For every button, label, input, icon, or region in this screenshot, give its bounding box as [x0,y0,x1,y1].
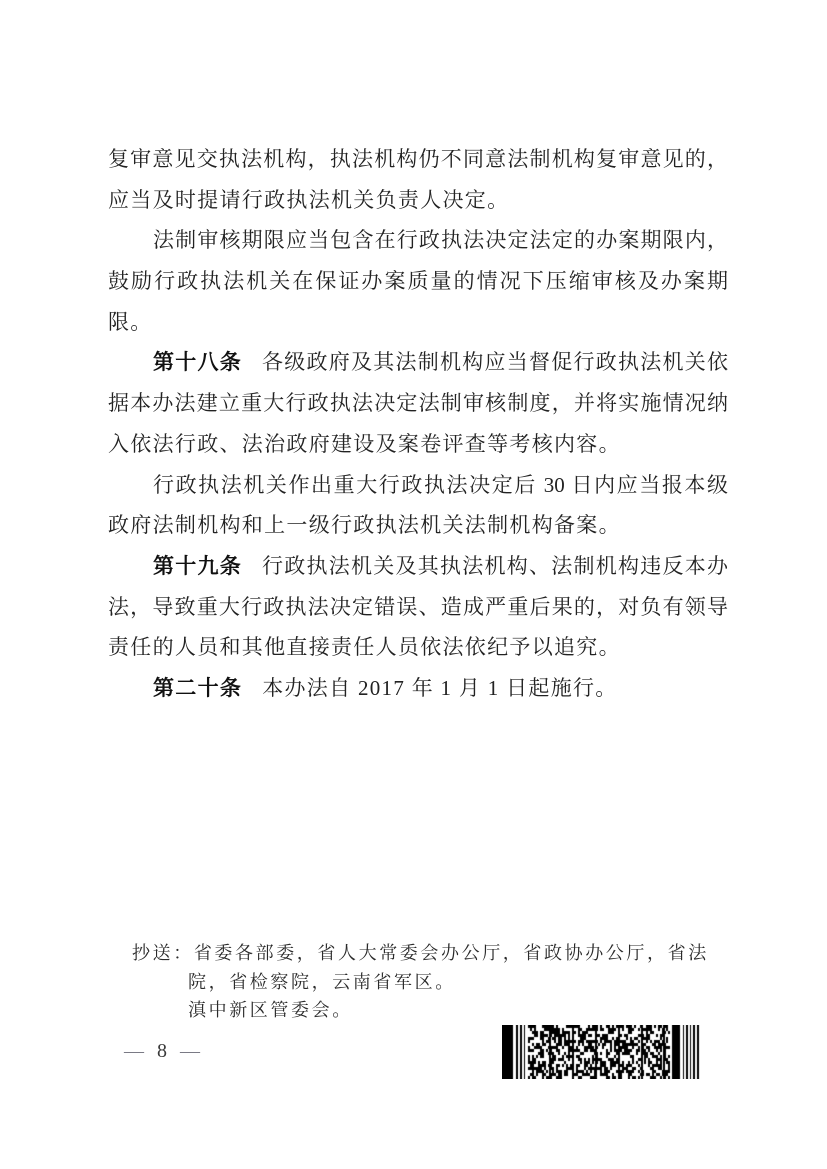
doc-line: 法，导致重大行政执法决定错误、造成严重后果的，对负有领导 [108,587,728,628]
doc-line: 限。 [108,302,728,343]
line-text: 鼓励行政执法机关在保证办案质量的情况下压缩审核及办案期 [108,269,728,293]
line-text: 行政执法机关作出重大行政执法决定后 30 日内应当报本级 [153,473,728,497]
line-text: 法，导致重大行政执法决定错误、造成严重后果的，对负有领导 [108,595,728,619]
page-number-dash: — [124,1040,144,1062]
line-text: 各级政府及其法制机构应当督促行政执法机关依 [262,350,728,374]
doc-line: 政府法制机构和上一级行政执法机关法制机构备案。 [108,505,728,546]
cc-text: 院，省检察院，云南省军区。 [188,972,456,992]
line-text: 行政执法机关及其执法机构、法制机构违反本办 [262,554,728,578]
cc-line: 滇中新区管委会。 [132,996,710,1025]
line-text: 据本办法建立重大行政执法决定法制审核制度，并将实施情况纳 [108,391,728,415]
cc-label: 抄送： [132,943,194,963]
doc-line: 行政执法机关作出重大行政执法决定后 30 日内应当报本级 [108,465,728,506]
page-number-value: 8 [157,1040,167,1062]
line-text: 入依法行政、法治政府建设及案卷评查等考核内容。 [108,432,621,456]
line-text: 法制审核期限应当包含在行政执法决定法定的办案期限内， [153,228,728,252]
cc-line: 院，省检察院，云南省军区。 [132,968,710,997]
doc-line: 鼓励行政执法机关在保证办案质量的情况下压缩审核及办案期 [108,261,728,302]
doc-line: 复审意见交执法机构，执法机构仍不同意法制机构复审意见的， [108,139,728,180]
barcode [502,1025,700,1079]
doc-line: 入依法行政、法治政府建设及案卷评查等考核内容。 [108,424,728,465]
article-number: 第十八条 [153,350,242,374]
doc-line: 第十九条行政执法机关及其执法机构、法制机构违反本办 [108,546,728,587]
line-text: 责任的人员和其他直接责任人员依法依纪予以追究。 [108,635,621,659]
article-number: 第二十条 [153,676,242,700]
line-text: 政府法制机构和上一级行政执法机关法制机构备案。 [108,513,621,537]
cc-block: 抄送：省委各部委，省人大常委会办公厅，省政协办公厅，省法 院，省检察院，云南省军… [132,939,710,1025]
doc-line: 责任的人员和其他直接责任人员依法依纪予以追究。 [108,627,728,668]
line-text: 限。 [108,310,153,334]
document-body: 复审意见交执法机构，执法机构仍不同意法制机构复审意见的， 应当及时提请行政执法机… [108,139,728,709]
cc-text: 滇中新区管委会。 [188,1000,353,1020]
doc-line: 第二十条本办法自 2017 年 1 月 1 日起施行。 [108,668,728,709]
doc-line: 第十八条各级政府及其法制机构应当督促行政执法机关依 [108,342,728,383]
cc-text: 省委各部委，省人大常委会办公厅，省政协办公厅，省法 [194,943,709,963]
doc-line: 法制审核期限应当包含在行政执法决定法定的办案期限内， [108,220,728,261]
cc-line: 抄送：省委各部委，省人大常委会办公厅，省政协办公厅，省法 [132,939,710,968]
doc-line: 据本办法建立重大行政执法决定法制审核制度，并将实施情况纳 [108,383,728,424]
page-number: —8— [124,1040,200,1063]
page-number-dash: — [180,1040,200,1062]
doc-line: 应当及时提请行政执法机关负责人决定。 [108,180,728,221]
line-text: 应当及时提请行政执法机关负责人决定。 [108,188,509,212]
line-text: 本办法自 2017 年 1 月 1 日起施行。 [262,676,617,700]
line-text: 复审意见交执法机构，执法机构仍不同意法制机构复审意见的， [108,147,728,171]
article-number: 第十九条 [153,554,242,578]
